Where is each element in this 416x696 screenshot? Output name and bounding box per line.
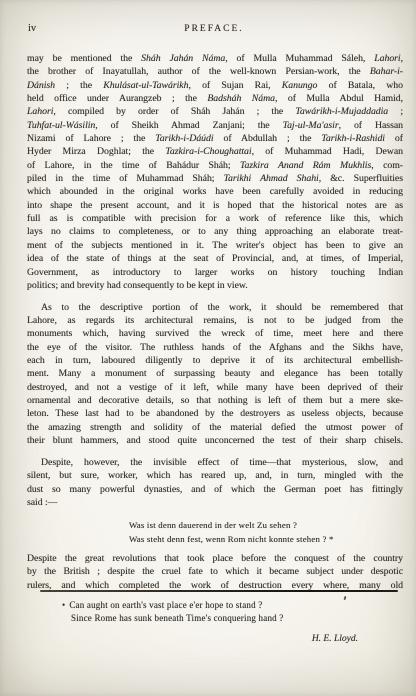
text-line: the eye of the visitor. The ruthless han… — [27, 341, 403, 354]
text-line: Government, as introductory to larger wo… — [27, 266, 403, 279]
text-run: ment of the subjects mentioned in it. Th… — [27, 240, 403, 251]
italic-title-run: Taj-ul-Ma'asir — [283, 120, 339, 131]
page-header: iv PREFACE. — [28, 23, 400, 34]
footnote-line: Since Rome has sunk beneath Time's conqu… — [71, 612, 376, 625]
text-run: silent, but sure, worker, which has rear… — [27, 470, 403, 481]
italic-title-run: Bahar-i- — [370, 66, 403, 77]
text-run: , of Mulla Abdul Hamid, — [275, 93, 403, 104]
german-quote: Was ist denn dauerend in der welt Zu seh… — [129, 518, 403, 547]
text-line: Dánish ; the Khulásat-ul-Tawárikh, of Su… — [27, 79, 403, 92]
text-line: each in turn, laboured diligently to dep… — [27, 354, 403, 367]
text-line: piled in the time of Muhammad Sháh; Tari… — [27, 172, 403, 185]
text-line: idea of the state of things at the seat … — [27, 252, 403, 265]
text-run: piled in the time of Muhammad Sháh; — [27, 173, 224, 184]
text-run: ; the — [55, 80, 103, 91]
text-line: of Lahore, in the time of Bahádur Sháh; … — [27, 159, 403, 172]
text-run: the eye of the visitor. The ruthless han… — [27, 342, 403, 353]
text-line: Hyder Mirza Doghlat; the Tazkira-i-Choug… — [27, 145, 403, 158]
italic-title-run: Lahori — [374, 53, 400, 64]
text-run: their blunt hammers, and stood quite unc… — [27, 435, 403, 446]
paragraph: may be mentioned the Sháh Jahán Náma, of… — [27, 52, 403, 292]
text-line: the brother of Inayatullah, author of th… — [27, 65, 403, 78]
italic-title-run: Dánish — [27, 80, 55, 91]
text-line: silent, but sure, worker, which has rear… — [27, 469, 403, 482]
text-run: Nizami of Lahore ; the — [27, 133, 155, 144]
text-line: monuments which, having survived the wre… — [27, 327, 403, 340]
scanned-book-page: iv PREFACE. may be mentioned the Sháh Ja… — [0, 0, 416, 696]
text-line: Despite the great revolutions that took … — [27, 552, 403, 565]
text-line: ment of the subjects mentioned in it. Th… — [27, 239, 403, 252]
text-line: their blunt hammers, and stood quite unc… — [27, 434, 403, 447]
text-line: politics; and brevity had consequently t… — [27, 279, 403, 292]
text-run: of Lahore, in the time of Bahádur Sháh; — [27, 160, 240, 171]
text-line: full as is compatible with precision for… — [27, 212, 403, 225]
footnote-line: •Can aught on earth's vast place e'er ho… — [62, 599, 376, 612]
quote-line: Was ist denn dauerend in der welt Zu seh… — [129, 518, 403, 533]
text-line: into shape the present account, and it i… — [27, 199, 403, 212]
text-run: which abounded in the original works hav… — [27, 186, 403, 197]
italic-title-run: Khulásat-ul-Tawárikh — [103, 80, 188, 91]
text-line: which abounded in the original works hav… — [27, 185, 403, 198]
text-run: , of Sheikh Ahmad Zanjani; the — [95, 120, 282, 131]
text-run: , of Sujan Rai, — [188, 80, 281, 91]
text-run: , compiled by order of Sháh Jahán ; the — [53, 106, 295, 117]
text-run: of Batala, who — [317, 80, 403, 91]
text-run: , of Hassan — [339, 120, 403, 131]
footnote: •Can aught on earth's vast place e'er ho… — [62, 599, 376, 644]
text-run: idea of the state of things at the seat … — [27, 253, 403, 264]
paragraph: As to the descriptive portion of the wor… — [27, 301, 403, 448]
footnote-signature: H. E. Lloyd. — [62, 634, 358, 644]
italic-title-run: Tuhfat-ul-Wásilin — [27, 120, 95, 131]
italic-title-run: Tazkira Anand Rám Mukhlis — [240, 160, 371, 171]
text-run: by the British ; despite the cruel fate … — [27, 566, 403, 577]
italic-title-run: Sháh Jahán Náma — [141, 53, 225, 64]
text-run: Hyder Mirza Doghlat; the — [27, 146, 165, 157]
text-line: leton. These last had to be abandoned by… — [27, 407, 403, 420]
text-run: As to the descriptive portion of the wor… — [41, 302, 403, 313]
italic-title-run: Tazkira-i-Choughattai — [165, 146, 251, 157]
text-run: each in turn, laboured diligently to dep… — [27, 355, 403, 366]
text-run: ornamental and decorative details, so th… — [27, 395, 403, 406]
italic-title-run: Tarikh-i-Rashidi — [321, 133, 385, 144]
text-line: ment. Many a monument of surpassing beau… — [27, 367, 403, 380]
text-run: monuments which, having survived the wre… — [27, 328, 403, 339]
text-line: As to the descriptive portion of the wor… — [27, 301, 403, 314]
text-run: full as is compatible with precision for… — [27, 213, 403, 224]
text-line: lays no claims to completeness, or to an… — [27, 225, 403, 238]
text-run: Despite the great revolutions that took … — [27, 553, 403, 564]
text-run: , — [401, 53, 403, 64]
text-run: lays no claims to completeness, or to an… — [27, 226, 403, 237]
text-run: ment. Many a monument of surpassing beau… — [27, 368, 403, 379]
text-line: Nizami of Lahore ; the Tarikh-i-Dáúdi of… — [27, 132, 403, 145]
text-run: destroyed, and not a vestige of it left,… — [27, 382, 403, 393]
quote-line: Was steht denn fest, wenn Rom nicht konn… — [129, 532, 403, 547]
text-run: ; — [388, 106, 403, 117]
text-run: , com- — [371, 160, 403, 171]
text-run: , of Mulla Muhammad Sáleh, — [225, 53, 374, 64]
text-run: said :— — [27, 497, 57, 508]
page-number: iv — [28, 23, 36, 34]
text-line: the amazing strength and solidity of the… — [27, 421, 403, 434]
running-title: PREFACE. — [184, 24, 243, 34]
text-line: Lahori, compiled by order of Sháh Jahán … — [27, 105, 403, 118]
text-run: of — [385, 133, 403, 144]
paragraph: Despite the great revolutions that took … — [27, 552, 403, 592]
text-line: held office under Aurangzeb ; the Badshá… — [27, 92, 403, 105]
text-run: into shape the present account, and it i… — [27, 200, 403, 211]
text-run: politics; and brevity had consequently t… — [27, 280, 248, 291]
text-run: dust so many powerful dynasties, and of … — [27, 484, 403, 495]
italic-title-run: Lahori — [27, 106, 53, 117]
text-line: ornamental and decorative details, so th… — [27, 394, 403, 407]
text-line: may be mentioned the Sháh Jahán Náma, of… — [27, 52, 403, 65]
footnote-marker: • — [62, 600, 65, 610]
italic-title-run: Tarikhi Ahmad Shahi — [224, 173, 319, 184]
text-run: Government, as introductory to larger wo… — [27, 267, 403, 278]
text-run: of Abdullah ; the — [214, 133, 322, 144]
text-run: Lahore, as regards its architectural rem… — [27, 315, 403, 326]
italic-title-run: Tarikh-i-Dáúdi — [155, 133, 213, 144]
text-run: held office under Aurangzeb ; the — [27, 93, 207, 104]
text-run: , &c. Superfluities — [319, 173, 403, 184]
text-line: Tuhfat-ul-Wásilin, of Sheikh Ahmad Zanja… — [27, 119, 403, 132]
footnote-text: Can aught on earth's vast place e'er hop… — [69, 600, 262, 610]
italic-title-run: Kanungo — [282, 80, 318, 91]
paragraph: Despite, however, the invisible effect o… — [27, 456, 403, 509]
text-line: Despite, however, the invisible effect o… — [27, 456, 403, 469]
page-text: may be mentioned the Sháh Jahán Náma, of… — [27, 52, 403, 600]
text-run: rulers, and which completed the work of … — [27, 580, 403, 591]
text-line: by the British ; despite the cruel fate … — [27, 565, 403, 578]
text-run: leton. These last had to be abandoned by… — [27, 408, 403, 419]
text-line: dust so many powerful dynasties, and of … — [27, 483, 403, 496]
text-run: Despite, however, the invisible effect o… — [41, 457, 403, 468]
italic-title-run: Badsháh Náma — [207, 93, 275, 104]
text-run: the brother of Inayatullah, author of th… — [27, 66, 370, 77]
text-run: the amazing strength and solidity of the… — [27, 422, 403, 433]
text-run: may be mentioned the — [27, 53, 141, 64]
text-run: , of Muhammad Hadi, Dewan — [252, 146, 403, 157]
text-line: Lahore, as regards its architectural rem… — [27, 314, 403, 327]
text-line: destroyed, and not a vestige of it left,… — [27, 381, 403, 394]
italic-title-run: Tawárikh-i-Mujaddadia — [295, 106, 388, 117]
text-line: said :— — [27, 496, 403, 509]
